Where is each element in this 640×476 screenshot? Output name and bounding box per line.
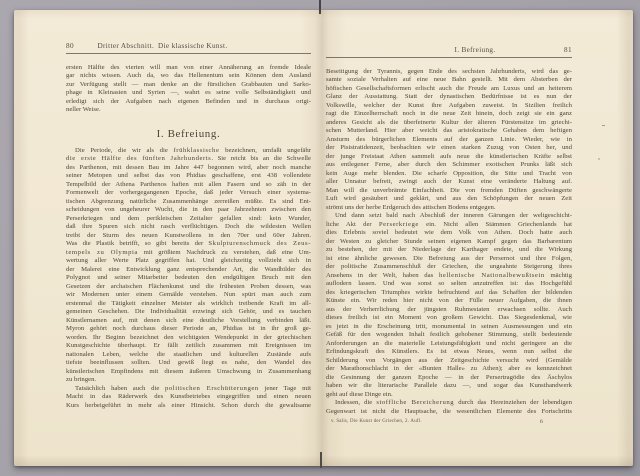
body-line: haben wir die literarische Parallele daz… <box>326 382 572 391</box>
body-line: liche Akt der Perserkriege ein. Nicht al… <box>326 221 572 230</box>
body-line: Luft wird gesäubert und geklärt, und aus… <box>326 195 572 204</box>
body-line: Perserkriegen und dem perikleischen Zeit… <box>66 215 311 224</box>
body-line: Kunstgeschichte überhaupt. Er fällt zeit… <box>66 342 311 351</box>
body-line: neller Weise. <box>66 106 311 115</box>
page-right: I. Befreiung. 81 Beseitigung der Tyranni… <box>326 46 572 426</box>
body-line: seiner Metopen und selbst das von Phidia… <box>66 172 311 181</box>
body-line: aus entlegener Ferne, aber durch den Sch… <box>326 161 572 170</box>
body-line: ist eine ähnliche gewesen. Die Befreiung… <box>326 255 572 264</box>
body-line: samte soziale Verhalten auf eine neue Ba… <box>326 76 572 85</box>
spine-fold-mark-bottom <box>320 452 322 468</box>
header-rule-right <box>326 57 572 58</box>
body-line: Schilderung von Vorgängen aus der Zeitge… <box>326 357 572 366</box>
body-line: anderes Gesicht als die überfeinerte Kul… <box>326 119 572 128</box>
body-line: schen Mutterland. Hier aber weicht das a… <box>326 127 572 136</box>
page-number-right: 81 <box>564 46 572 54</box>
body-line: geht auf diese Dinge ein. <box>326 391 572 400</box>
body-line: zu bestehen, der mit der Niederlage der … <box>326 246 572 255</box>
letterspaced-emphasis: Perserkriege <box>379 221 419 228</box>
body-line: künstlerischen Empfindens mit diesem äuß… <box>66 368 311 377</box>
body-line: Beseitigung der Tyrannis, gegen Ende des… <box>326 68 572 77</box>
body-line: strömt uns der herbe Erdgeruch des attis… <box>326 204 572 213</box>
body-line: dieses freilich ist ein Moment von große… <box>326 314 572 323</box>
section-heading: I. Befreiung. <box>66 128 311 140</box>
body-line: der Westen zu gleicher Stunde seinen eig… <box>326 238 572 247</box>
body-line: dies Erlebnis soviel bedeutet wie dem Vo… <box>326 229 572 238</box>
body-line: tiefste beeinflussen sollten. Und gewiß … <box>66 359 311 368</box>
body-line: des kriegerischen Triumphes wirkte befru… <box>326 289 572 298</box>
body-line: worden. Ihr Beginn bezeichnet den wichti… <box>66 334 311 343</box>
body-line: Volkswille, welcher der Kunst ihre Aufga… <box>326 102 572 111</box>
body-line: gemeinen Geschehen. Die Individualität e… <box>66 308 311 317</box>
body-line: erledigt sich der Aufgaben nach eigenen … <box>66 98 311 107</box>
letterspaced-emphasis: die erste Hälfte des fünften Jahrhundert… <box>66 155 211 162</box>
letterspaced-emphasis: frühklassische <box>174 147 220 154</box>
letterspaced-emphasis: stoffliche Bereicherung <box>376 399 454 406</box>
page-number-left: 80 <box>66 42 74 50</box>
body-line: Anforderungen an die materielle Leistung… <box>326 340 572 349</box>
body-line: aller Unnatur befreit, zwingt auch der K… <box>326 178 572 187</box>
body-line: Macht in das Räderwerk des Kunstbetriebe… <box>66 393 311 402</box>
body-line: Künstlernamen auf, mit denen sich eine d… <box>66 317 311 326</box>
body-line: auflodern lassen. Und was sonst so selte… <box>326 280 572 289</box>
body-line: erstenmal die Tätigkeit einzelner Meiste… <box>66 300 311 309</box>
body-line: der junge Freistaat Athen sammelt aufs n… <box>326 153 572 162</box>
body-line: höfischen Gesellschaftsformen erlischt a… <box>326 85 572 94</box>
body-line: Gefäß für den wogenden Inhalt festlich g… <box>326 331 572 340</box>
body-line: daß ihre Spuren sich nicht rasch verflüc… <box>66 223 311 232</box>
body-line: Was die Plastik betrifft, so gibt bereit… <box>66 240 311 249</box>
letterspaced-emphasis: tempels zu Olympia <box>66 249 138 256</box>
body-line: aus der Verherrlichung der jüngsten Ruhm… <box>326 306 572 315</box>
body-line: der politische Zusammenschluß der Griech… <box>326 263 572 272</box>
body-line: Gesetzen der archaischen Flächenkunst un… <box>66 283 311 292</box>
body-line: Ansehens in der Welt, haben das hellenis… <box>326 272 572 281</box>
body-line: Formenwelt der vorhergegangenen Epoche, … <box>66 189 311 198</box>
book-spread-paper: 80 Dritter Abschnitt. Die klassische Kun… <box>14 10 633 466</box>
body-line: treibt der Sturm des neuen Kunstwollens … <box>66 232 311 241</box>
page-left: 80 Dritter Abschnitt. Die klassische Kun… <box>66 42 311 410</box>
paper-speck <box>602 125 605 126</box>
body-line: Tatsächlich haben auch die politischen E… <box>66 385 311 394</box>
footer-sheet-number: 6 <box>540 419 543 425</box>
body-line: der Pisistratidenzeit, beobachten wir ei… <box>326 144 572 153</box>
body-line: wir Modernen unter einem Gemälde versteh… <box>66 291 311 300</box>
letterspaced-emphasis: hellenische Nationalbewußtsein <box>439 272 545 279</box>
body-line: die erste Hälfte des fünften Jahrhundert… <box>66 155 311 164</box>
body-line: tischen Abgrenzung natürliche Zusammenhä… <box>66 198 311 207</box>
letterspaced-emphasis: politischen Erschütterungen <box>165 385 259 392</box>
body-line: es jetzt in die Erscheinung tritt, monum… <box>326 323 572 332</box>
body-line: Die Periode, die wir als die frühklassis… <box>66 147 311 156</box>
body-line: der Marathonschlacht in der «Bunten Hall… <box>326 365 572 374</box>
body-line: Künste ein. Wir reden hier nicht von der… <box>326 297 572 306</box>
body-line: ragt die Einzelherrschaft noch in die ne… <box>326 110 572 119</box>
body-line: wertung aller Werte Platz gegriffen hat.… <box>66 257 311 266</box>
photographed-book-spread: { "colors": { "background": "#a6a2a9", "… <box>0 0 640 476</box>
footer-signature: v. Salis, Die Kunst der Griechen, 2. Auf… <box>331 419 422 424</box>
letterspaced-emphasis: Skulpturenschmuck des Zeus- <box>208 240 311 247</box>
body-line: ersten Hälfte des vierten will man von e… <box>66 64 311 73</box>
body-line: der Malerei eine Entwicklung ganz entspr… <box>66 266 311 275</box>
body-line: Man will die unverbrämte Einfachheit. Di… <box>326 187 572 196</box>
body-line: tempels zu Olympia mit größtem Nachdruck… <box>66 249 311 258</box>
body-line: nationalen Leben, welche die staatlichen… <box>66 351 311 360</box>
body-line: Tempelbild der Athena Parthenos haften m… <box>66 181 311 190</box>
body-line: Indessen, die stoffliche Bereicherung du… <box>326 399 572 408</box>
body-line: die Gesinnung der ganzen Epoche — in der… <box>326 374 572 383</box>
running-header-right: I. Befreiung. 81 <box>326 46 572 54</box>
page-footer: v. Salis, Die Kunst der Griechen, 2. Auf… <box>326 419 572 426</box>
body-line: Gegenwart ist nicht die Hauptsache, die … <box>326 408 572 417</box>
body-line: Und dann setzt bald nach Abschluß der in… <box>326 212 572 221</box>
body-line: Myron gehört noch durchaus dieser Period… <box>66 325 311 334</box>
running-title-right: I. Befreiung. <box>454 46 495 54</box>
body-text-right: Beseitigung der Tyrannis, gegen Ende des… <box>326 68 572 417</box>
body-line: des Parthenon, mit dessen Bau im Jahre 4… <box>66 164 311 173</box>
running-title-left: Dritter Abschnitt. Die klassische Kunst. <box>98 42 228 50</box>
running-header-left: 80 Dritter Abschnitt. Die klassische Kun… <box>66 42 311 50</box>
body-line: kein Auge mehr blenden. Die scharfe Oppo… <box>326 170 572 179</box>
paper-speck <box>598 158 600 160</box>
body-line: gar nichts wissen. Auch da, wo das Helle… <box>66 72 311 81</box>
spine-fold-mark-top <box>319 0 321 14</box>
body-line: Kurs herbeigeführt in mehr als einer Hin… <box>66 402 311 411</box>
body-line: Polygnot und seiner Mitarbeiter bedeuten… <box>66 274 311 283</box>
body-line: Erfindungskraft des Künstlers. Es ist et… <box>326 348 572 357</box>
body-line: Glanz der Ausstattung. Statt der dynasti… <box>326 93 572 102</box>
body-line: scheidungen von ungeheurer Wucht, die in… <box>66 206 311 215</box>
body-text-left: ersten Hälfte des vierten will man von e… <box>66 64 311 411</box>
body-line: zu bringen. <box>66 376 311 385</box>
body-line: zur Verfügung stellt — man denke an die … <box>66 81 311 90</box>
header-rule-left <box>66 53 311 54</box>
body-line: phage in Kleinasien und Syrien —, wahrt … <box>66 89 311 98</box>
body-line: Ansturm des bürgerlichen Elements auf de… <box>326 136 572 145</box>
